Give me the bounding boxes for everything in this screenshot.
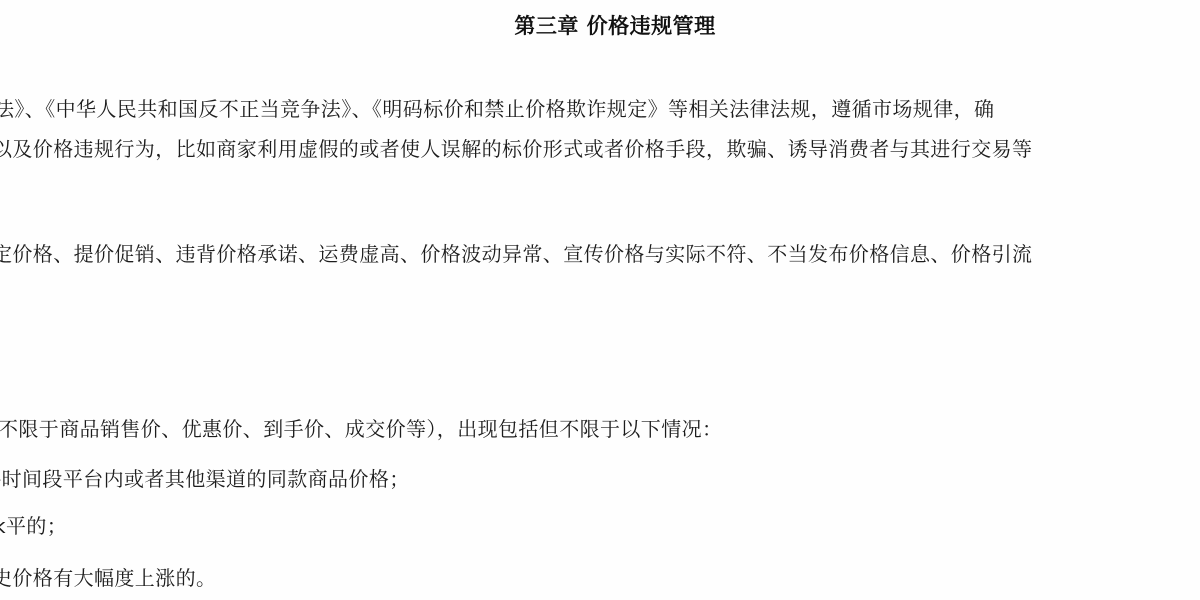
chapter-title: 第三章 价格违规管理 [0,10,1200,40]
list-item: k平的； [0,510,67,539]
list-item: -时间段平台内或者其他渠道的同款商品价格； [0,463,410,492]
document-page: 第三章 价格违规管理 法》、《中华人民共和国反不正当竞争法》、《明码标价和禁止价… [0,0,1200,600]
paragraph-line: 不限于商品销售价、优惠价、到手价、成交价等），出现包括但不限于以下情况： [0,413,722,442]
paragraph-line: 定价格、提价促销、违背价格承诺、运费虚高、价格波动异常、宣传价格与实际不符、不当… [0,238,1032,267]
paragraph-line: 法》、《中华人民共和国反不正当竞争法》、《明码标价和禁止价格欺诈规定》等相关法律… [0,93,994,122]
paragraph-line: 以及价格违规行为，比如商家利用虚假的或者使人误解的标价形式或者价格手段，欺骗、诱… [0,133,1032,162]
list-item: 史价格有大幅度上涨的。 [0,562,216,591]
